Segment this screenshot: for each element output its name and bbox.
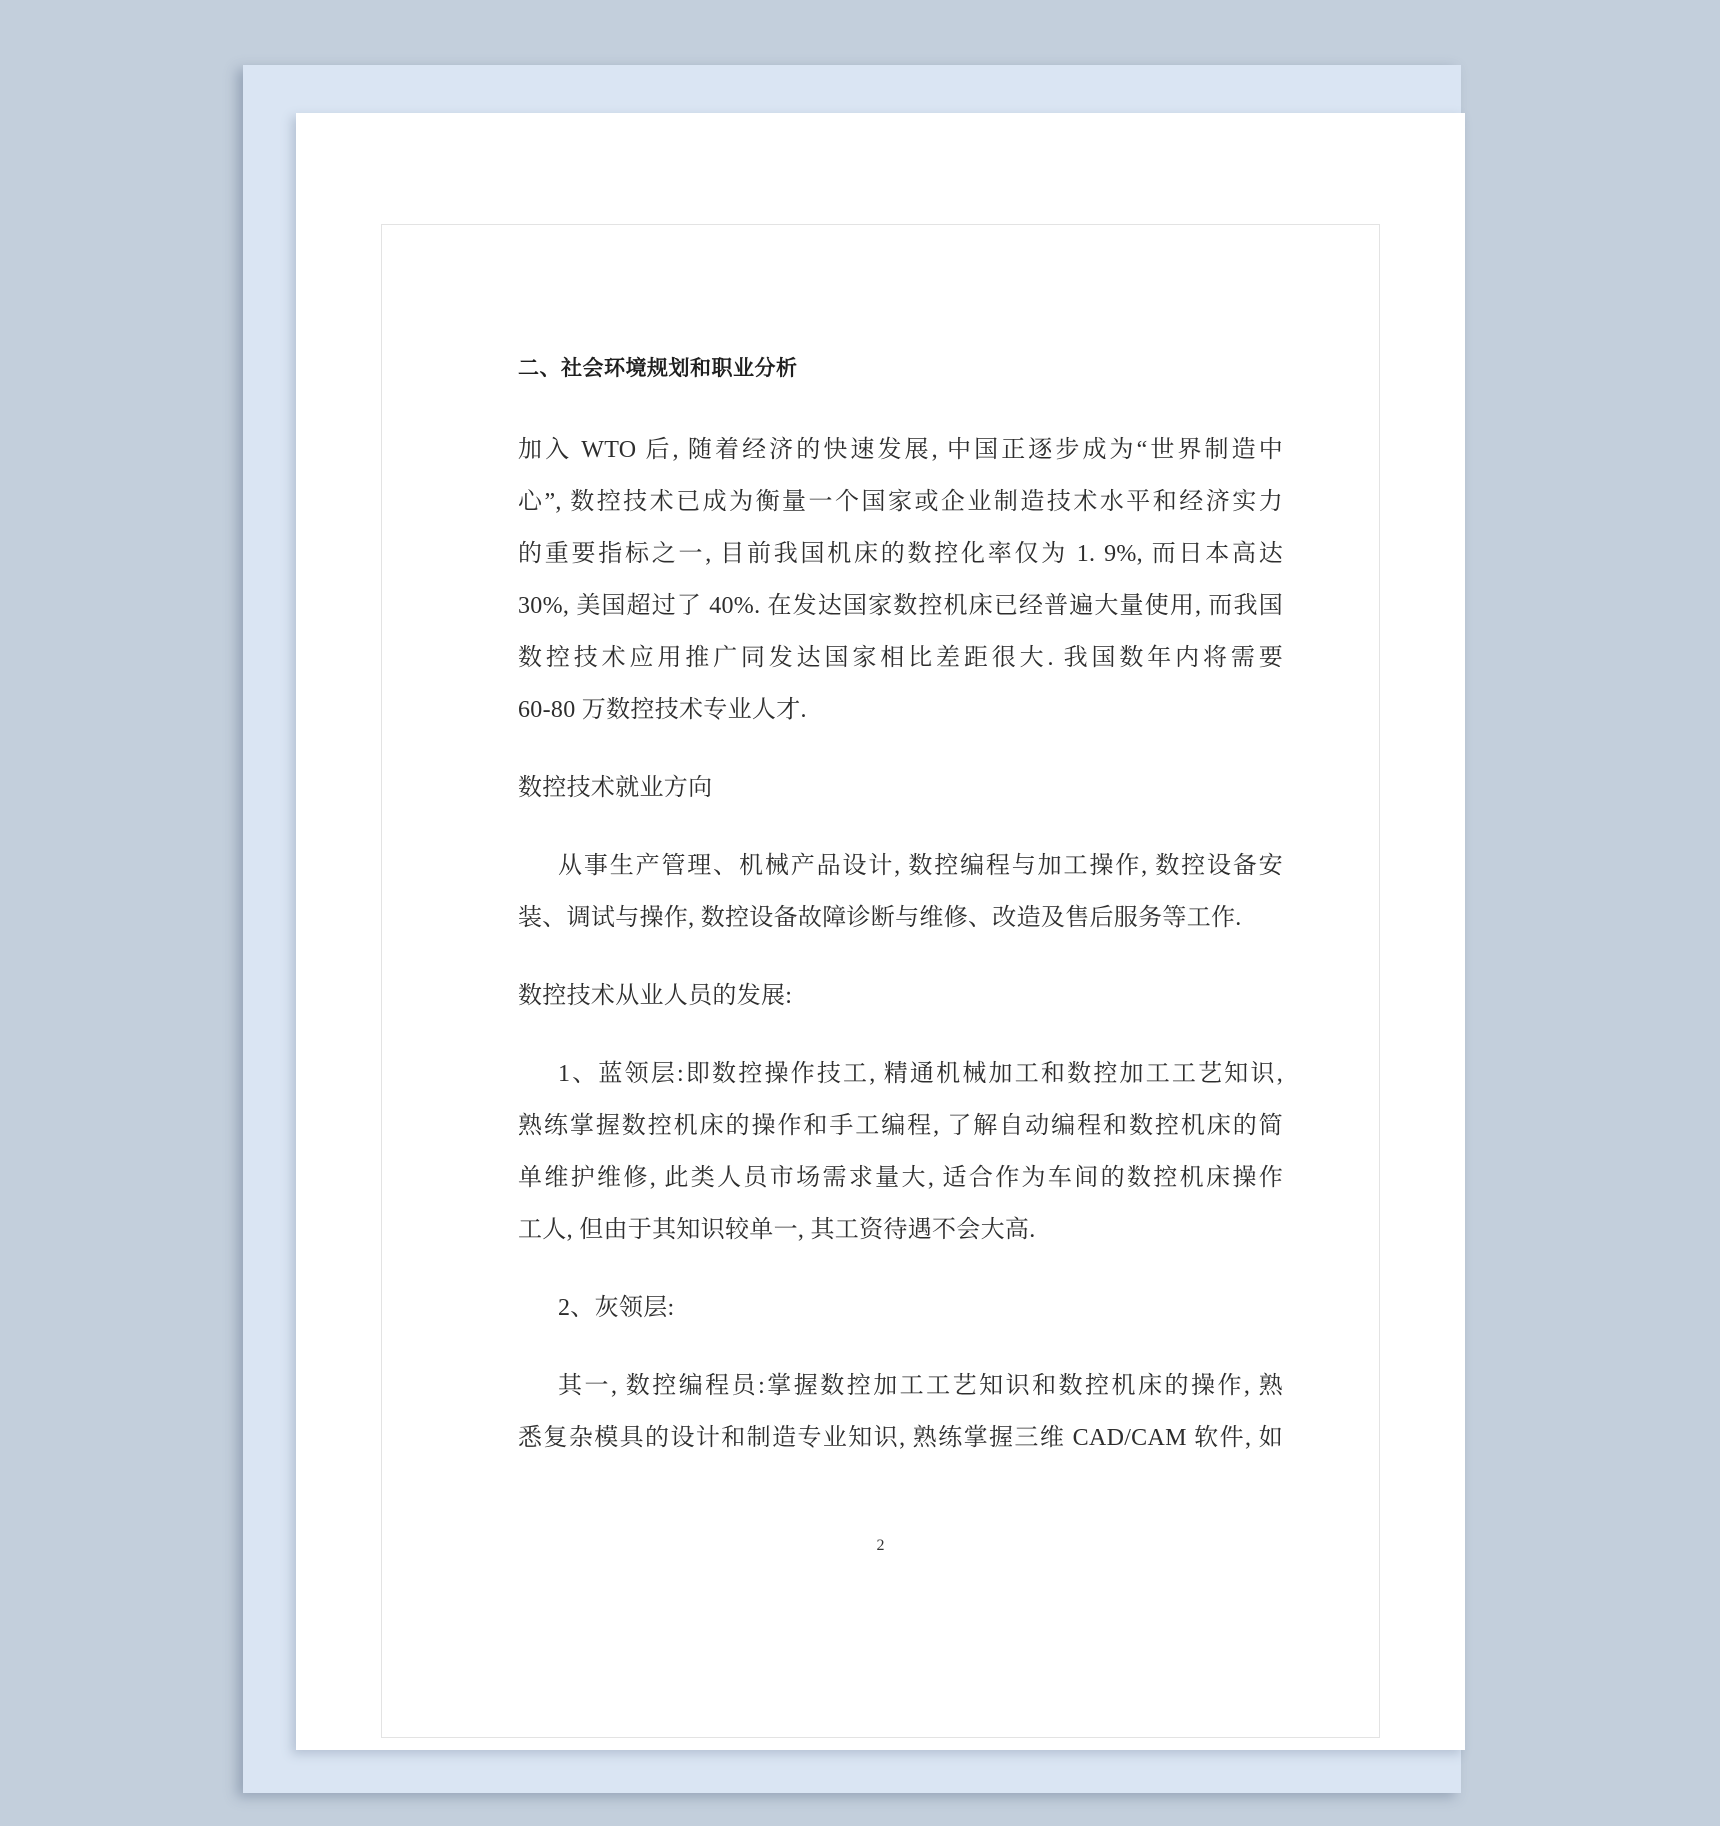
section-subheading: 数控技术就业方向 [518, 762, 1283, 814]
paragraph: 加入 WTO 后, 随着经济的快速发展, 中国正逐步成为“世界制造中心”, 数控… [518, 424, 1283, 736]
text-line: 二、社会环境规划和职业分析 [518, 348, 1283, 388]
text-line: 心”, 数控技术已成为衡量一个国家或企业制造技术水平和经济实力 [518, 476, 1283, 528]
section-subheading: 数控技术从业人员的发展: [518, 970, 1283, 1022]
text-line: 悉复杂模具的设计和制造专业知识, 熟练掌握三维 CAD/CAM 软件, 如 [518, 1412, 1283, 1464]
desktop-background: 二、社会环境规划和职业分析加入 WTO 后, 随着经济的快速发展, 中国正逐步成… [0, 0, 1720, 1826]
paragraph: 1、蓝领层:即数控操作技工, 精通机械加工和数控加工工艺知识,熟练掌握数控机床的… [518, 1048, 1283, 1256]
text-line: 的重要指标之一, 目前我国机床的数控化率仅为 1. 9%, 而日本高达 [518, 528, 1283, 580]
text-line: 加入 WTO 后, 随着经济的快速发展, 中国正逐步成为“世界制造中 [518, 424, 1283, 476]
text-line: 装、调试与操作, 数控设备故障诊断与维修、改造及售后服务等工作. [518, 892, 1283, 944]
document-content: 二、社会环境规划和职业分析加入 WTO 后, 随着经济的快速发展, 中国正逐步成… [518, 348, 1283, 1490]
text-line: 60-80 万数控技术专业人才. [518, 684, 1283, 736]
text-line: 其一, 数控编程员:掌握数控加工工艺知识和数控机床的操作, 熟 [518, 1360, 1283, 1412]
text-line: 工人, 但由于其知识较单一, 其工资待遇不会大高. [518, 1204, 1283, 1256]
paragraph: 2、灰领层: [518, 1282, 1283, 1334]
page-number: 2 [296, 1537, 1465, 1555]
text-line: 1、蓝领层:即数控操作技工, 精通机械加工和数控加工工艺知识, [518, 1048, 1283, 1100]
text-line: 从事生产管理、机械产品设计, 数控编程与加工操作, 数控设备安 [518, 840, 1283, 892]
text-line: 2、灰领层: [518, 1282, 1283, 1334]
document-heading: 二、社会环境规划和职业分析 [518, 348, 1283, 388]
paragraph: 从事生产管理、机械产品设计, 数控编程与加工操作, 数控设备安装、调试与操作, … [518, 840, 1283, 944]
paragraph: 其一, 数控编程员:掌握数控加工工艺知识和数控机床的操作, 熟悉复杂模具的设计和… [518, 1360, 1283, 1464]
document-page: 二、社会环境规划和职业分析加入 WTO 后, 随着经济的快速发展, 中国正逐步成… [296, 113, 1465, 1750]
text-line: 数控技术应用推广同发达国家相比差距很大. 我国数年内将需要 [518, 632, 1283, 684]
text-line: 数控技术就业方向 [518, 762, 1283, 814]
text-line: 30%, 美国超过了 40%. 在发达国家数控机床已经普遍大量使用, 而我国 [518, 580, 1283, 632]
text-line: 数控技术从业人员的发展: [518, 970, 1283, 1022]
text-line: 单维护维修, 此类人员市场需求量大, 适合作为车间的数控机床操作 [518, 1152, 1283, 1204]
text-line: 熟练掌握数控机床的操作和手工编程, 了解自动编程和数控机床的简 [518, 1100, 1283, 1152]
